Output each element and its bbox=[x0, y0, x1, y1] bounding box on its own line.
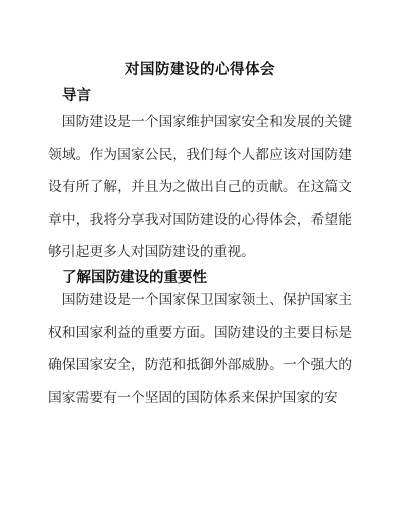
document-page: 对国防建设的心得体会 导言 国防建设是一个国家维护国家安全和发展的关键领域。作为… bbox=[0, 0, 400, 517]
intro-paragraph: 国防建设是一个国家维护国家安全和发展的关键领域。作为国家公民，我们每个人都应该对… bbox=[48, 106, 352, 269]
section-heading-intro: 导言 bbox=[62, 87, 352, 106]
importance-paragraph: 国防建设是一个国家保卫国家领土、保护国家主权和国家利益的重要方面。国防建设的主要… bbox=[48, 284, 352, 414]
document-title: 对国防建设的心得体会 bbox=[48, 0, 352, 80]
